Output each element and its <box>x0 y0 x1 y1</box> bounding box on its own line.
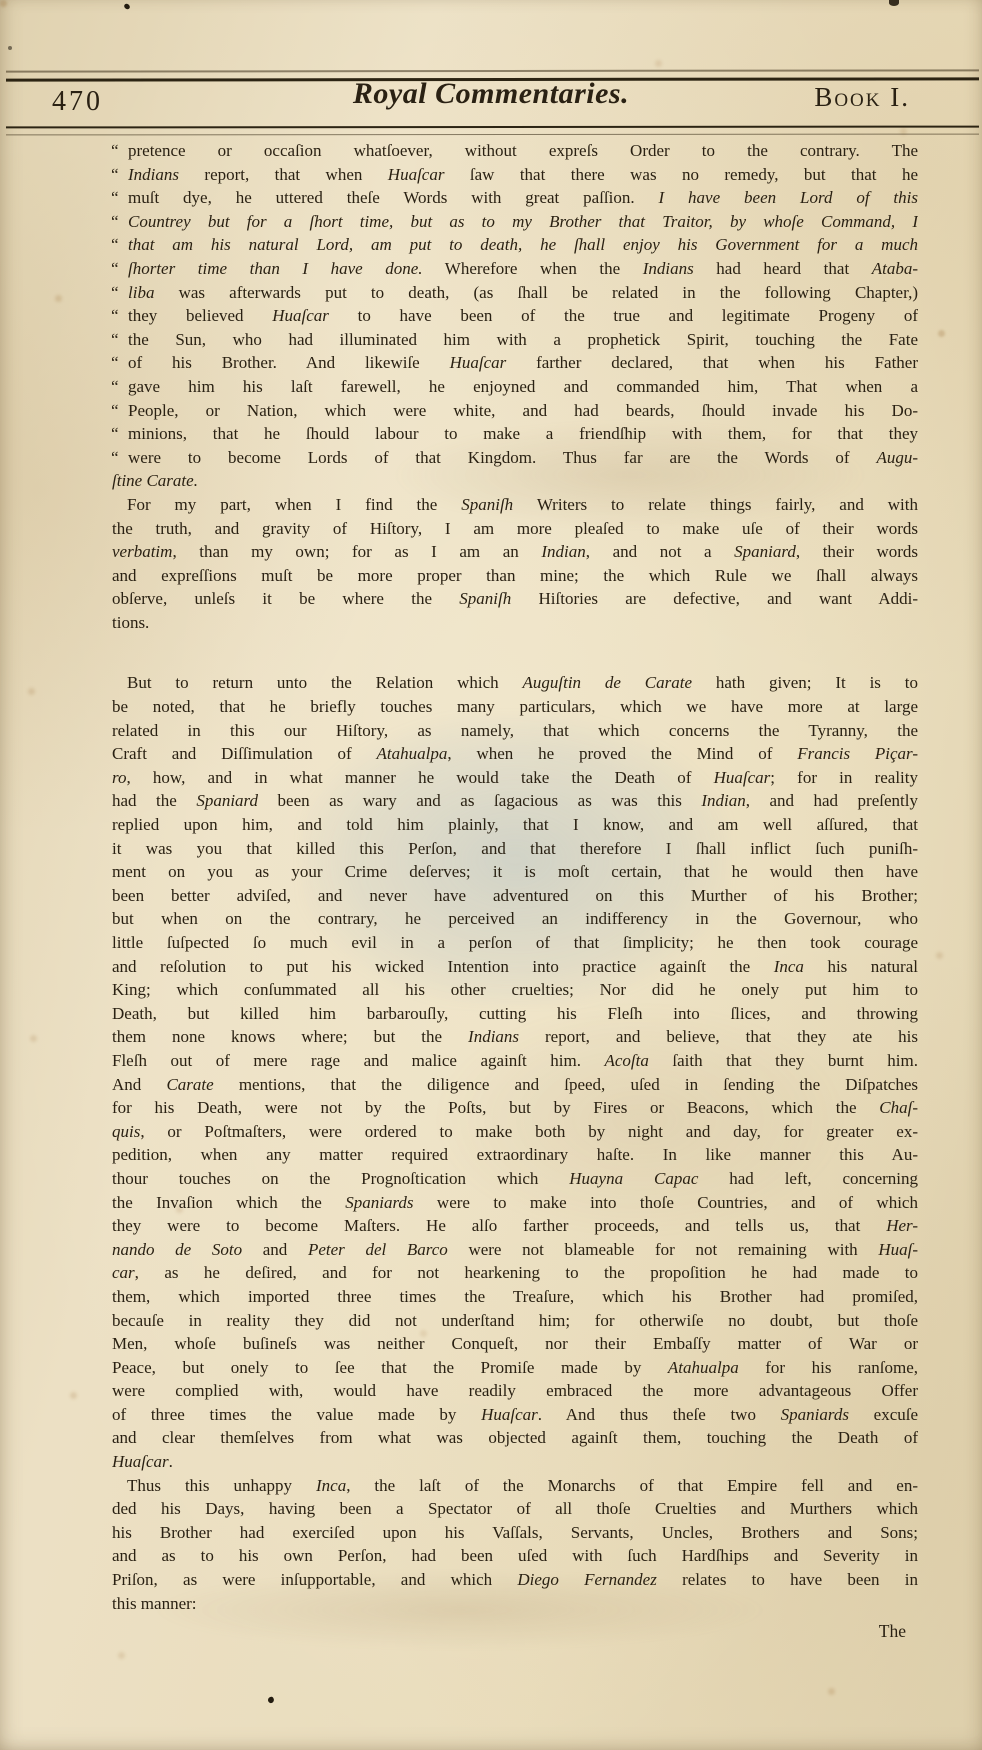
roman-text: of his Brother. And likewiſe <box>128 353 450 372</box>
text-line: obſerve, unleſs it be where the Spaniſh … <box>112 587 918 611</box>
roman-text: for his Death, were not by the Poſts, bu… <box>112 1098 879 1117</box>
text-line: And Carate mentions, that the diligence … <box>112 1073 918 1097</box>
quote-mark: “ <box>112 304 119 328</box>
roman-text: Wherefore when the <box>423 259 643 278</box>
roman-text: And <box>112 1075 166 1094</box>
text-line: be noted, that he briefly touches many p… <box>112 695 918 719</box>
roman-text: for his ranſome, <box>739 1358 918 1377</box>
text-line: ro, how, and in what manner he would tak… <box>112 766 918 790</box>
italic-text: Ataba- <box>872 259 918 278</box>
roman-text: hath given; It is to <box>692 673 918 692</box>
text-line: been better adviſed, and never have adve… <box>112 884 918 908</box>
roman-text: be noted, that he briefly touches many p… <box>112 697 918 716</box>
roman-text: Peace, but onely to ſee that the Promiſe… <box>112 1358 668 1377</box>
italic-text: Spaniard <box>734 542 796 561</box>
text-line: tions. <box>112 611 918 635</box>
roman-text: obſerve, unleſs it be where the <box>112 589 459 608</box>
roman-text: and clear themſelves from what was objec… <box>112 1428 918 1447</box>
quote-mark: “ <box>112 328 119 352</box>
roman-text: But to return unto the Relation which <box>127 673 522 692</box>
text-line: were complied with, would have readily e… <box>112 1379 918 1403</box>
roman-text: they were to become Maſters. He alſo far… <box>112 1216 886 1235</box>
italic-text: Inca <box>316 1476 346 1495</box>
roman-text: For my part, when I find the <box>127 495 461 514</box>
italic-text: verbatim <box>112 542 172 561</box>
roman-text: gave him his laſt farewell, he enjoyned … <box>128 377 918 396</box>
text-line: and as to his own Perſon, had been uſed … <box>112 1544 918 1568</box>
text-line: “the Sun, who had illuminated him with a… <box>112 328 918 352</box>
roman-text: of three times the value made by <box>112 1405 481 1424</box>
text-line: Thus this unhappy Inca, the laſt of the … <box>112 1474 918 1498</box>
text-line: Fleſh out of mere rage and malice againſ… <box>112 1049 918 1073</box>
italic-text: Huayna Capac <box>569 1169 698 1188</box>
text-line: pedition, when any matter required extra… <box>112 1143 918 1167</box>
italic-text: ſtine Carate. <box>112 471 198 490</box>
text-line: them, which imported three times the Tre… <box>112 1285 918 1309</box>
paragraph: But to return unto the Relation which Au… <box>112 671 918 1473</box>
italic-text: Huaſcar <box>481 1405 538 1424</box>
text-line: the truth, and gravity of Hiſtory, I am … <box>112 517 918 541</box>
italic-text: Inca <box>774 957 804 976</box>
italic-text: I have been Lord of this <box>659 188 918 207</box>
text-line: and reſolution to put his wicked Intenti… <box>112 955 918 979</box>
italic-text: Indians <box>468 1027 519 1046</box>
text-line: “gave him his laſt farewell, he enjoyned… <box>112 375 918 399</box>
text-line: nando de Soto and Peter del Barco were n… <box>112 1238 918 1262</box>
text-line: “were to become Lords of that Kingdom. T… <box>112 446 918 470</box>
text-line: had the Spaniard been as wary and as ſag… <box>112 789 918 813</box>
roman-text: becauſe in reality they did not underſta… <box>112 1311 918 1330</box>
text-line: the Invaſion which the Spaniards were to… <box>112 1191 918 1215</box>
italic-text: Chaſ- <box>879 1098 918 1117</box>
text-line: “ſhorter time than I have done. Wherefor… <box>112 257 918 281</box>
roman-text: Death, but killed him barbarouſly, cutti… <box>112 1004 918 1023</box>
roman-text: the Sun, who had illuminated him with a … <box>128 330 918 349</box>
roman-text: ſaith that they burnt him. <box>649 1051 918 1070</box>
italic-text: Indian <box>701 791 745 810</box>
quote-mark: “ <box>112 139 119 163</box>
roman-text: the Invaſion which the <box>112 1193 345 1212</box>
roman-text: , and had preſently <box>746 791 918 810</box>
roman-text: ſaw that there was no remedy, but that h… <box>444 165 918 184</box>
text-line: this manner: <box>112 1592 918 1616</box>
paragraph: Thus this unhappy Inca, the laſt of the … <box>112 1474 918 1616</box>
roman-text: Thus this unhappy <box>127 1476 316 1495</box>
roman-text: his natural <box>804 957 918 976</box>
quote-mark: “ <box>112 399 119 423</box>
text-line: “they believed Huaſcar to have been of t… <box>112 304 918 328</box>
italic-text: Huaſcar <box>714 768 771 787</box>
roman-text: replied upon him, and told him plainly, … <box>112 815 918 834</box>
text-line: “of his Brother. And likewiſe Huaſcar fa… <box>112 351 918 375</box>
roman-text: were to make into thoſe Countries, and o… <box>414 1193 918 1212</box>
italic-text: Auguſtin de Carate <box>522 673 692 692</box>
text-line: of three times the value made by Huaſcar… <box>112 1403 918 1427</box>
italic-text: Spaniard <box>196 791 258 810</box>
roman-text: them, which imported three times the Tre… <box>112 1287 918 1306</box>
roman-text: excuſe <box>849 1405 918 1424</box>
text-line: and expreſſions muſt be more proper than… <box>112 564 918 588</box>
roman-text: them none knows where; but the <box>112 1027 468 1046</box>
roman-text: pedition, when any matter required extra… <box>112 1145 918 1164</box>
text-line: Priſon, as were inſupportable, and which… <box>112 1568 918 1592</box>
roman-text: tions. <box>112 613 149 632</box>
paragraph: For my part, when I find the Spaniſh Wri… <box>112 493 918 635</box>
ink-speck <box>267 1696 275 1704</box>
italic-text: Acoſta <box>604 1051 648 1070</box>
foxing-spots <box>0 0 7 7</box>
roman-text: Priſon, as were inſupportable, and which <box>112 1570 517 1589</box>
quote-mark: “ <box>112 186 119 210</box>
roman-text: , as he deſired, and for not hearkening … <box>135 1263 918 1282</box>
italic-text: ſhorter time than I have done. <box>128 259 423 278</box>
roman-text: . And thus theſe two <box>538 1405 781 1424</box>
text-line: “muſt dye, he uttered theſe Words with g… <box>112 186 918 210</box>
quote-mark: “ <box>112 233 119 257</box>
text-line: King; which conſummated all his other cr… <box>112 978 918 1002</box>
roman-text: . <box>169 1452 173 1471</box>
roman-text: , their words <box>796 542 918 561</box>
text-line: “pretence or occaſion whatſoever, withou… <box>112 139 918 163</box>
text-line: his Brother had exerciſed upon his Vaſſa… <box>112 1521 918 1545</box>
italic-text: Huaſcar <box>112 1452 169 1471</box>
roman-text: had heard that <box>694 259 872 278</box>
roman-text: People, or Nation, which were white, and… <box>128 401 918 420</box>
roman-text: pretence or occaſion whatſoever, without… <box>128 141 918 160</box>
italic-text: Huaſcar <box>272 306 329 325</box>
text-line: and clear themſelves from what was objec… <box>112 1426 918 1450</box>
ink-speck <box>123 3 131 11</box>
italic-text: Augu- <box>876 448 918 467</box>
text-line: thour touches on the Prognoſtication whi… <box>112 1167 918 1191</box>
roman-text: report, and believe, that they ate his <box>519 1027 918 1046</box>
roman-text: been better adviſed, and never have adve… <box>112 886 918 905</box>
italic-text: Spaniſh <box>461 495 513 514</box>
text-line: “Countrey but for a ſhort time, but as t… <box>112 210 918 234</box>
italic-text: Indian <box>541 542 585 561</box>
quote-mark: “ <box>112 257 119 281</box>
italic-text: Atahualpa <box>377 744 448 763</box>
roman-text: King; which conſummated all his other cr… <box>112 980 918 999</box>
roman-text: and <box>242 1240 308 1259</box>
book-page: 470 Royal Commentaries. Book I. “pretenc… <box>0 0 982 1750</box>
text-line: replied upon him, and told him plainly, … <box>112 813 918 837</box>
text-line: Huaſcar. <box>112 1450 918 1474</box>
roman-text: , when he proved the Mind of <box>447 744 797 763</box>
italic-text: Her- <box>886 1216 918 1235</box>
quote-mark: “ <box>112 281 119 305</box>
italic-text: Countrey but for a ſhort time, but as to… <box>128 212 918 231</box>
quote-mark: “ <box>112 446 119 470</box>
roman-text: relates to have been in <box>657 1570 918 1589</box>
roman-text: , how, and in what manner he would take … <box>127 768 714 787</box>
text-line: Death, but killed him barbarouſly, cutti… <box>112 1002 918 1026</box>
book-label: Book I. <box>814 82 910 113</box>
text-line: Craft and Diſſimulation of Atahualpa, wh… <box>112 742 918 766</box>
text-line: “that am his natural Lord, am put to dea… <box>112 233 918 257</box>
ink-speck <box>889 0 899 6</box>
roman-text: had the <box>112 791 196 810</box>
roman-text: been as wary and as ſagacious as was thi… <box>258 791 701 810</box>
text-line: verbatim, than my own; for as I am an In… <box>112 540 918 564</box>
roman-text: little ſuſpected ſo much evil in a perſo… <box>112 933 918 952</box>
italic-text: Atahualpa <box>668 1358 739 1377</box>
roman-text: , the laſt of the Monarchs of that Empir… <box>346 1476 918 1495</box>
text-line: “People, or Nation, which were white, an… <box>112 399 918 423</box>
paragraph: “pretence or occaſion whatſoever, withou… <box>112 139 918 493</box>
italic-text: Carate <box>166 1075 213 1094</box>
roman-text: Craft and Diſſimulation of <box>112 744 377 763</box>
roman-text: and reſolution to put his wicked Intenti… <box>112 957 774 976</box>
italic-text: liba <box>128 283 154 302</box>
text-line: ſtine Carate. <box>112 469 918 493</box>
text-line: Men, whoſe buſineſs was neither Conqueſt… <box>112 1332 918 1356</box>
italic-text: Spaniards <box>781 1405 849 1424</box>
roman-text: ; for in reality <box>770 768 918 787</box>
text-line: “Indians report, that when Huaſcar ſaw t… <box>112 163 918 187</box>
text-block: “pretence or occaſion whatſoever, withou… <box>112 139 918 1615</box>
roman-text: , than my own; for as I am an <box>172 542 541 561</box>
text-line: Peace, but onely to ſee that the Promiſe… <box>112 1356 918 1380</box>
italic-text: quis <box>112 1122 140 1141</box>
text-line: “liba was afterwards put to death, (as ſ… <box>112 281 918 305</box>
italic-text: Diego Fernandez <box>517 1570 656 1589</box>
italic-text: Francis Piçar- <box>797 744 918 763</box>
italic-text: nando de Soto <box>112 1240 242 1259</box>
italic-text: car <box>112 1263 135 1282</box>
roman-text: were complied with, would have readily e… <box>112 1381 918 1400</box>
roman-text: muſt dye, he uttered theſe Words with gr… <box>128 188 659 207</box>
roman-text: the truth, and gravity of Hiſtory, I am … <box>112 519 918 538</box>
roman-text: this manner: <box>112 1594 197 1613</box>
roman-text: Fleſh out of mere rage and malice againſ… <box>112 1051 604 1070</box>
roman-text: Hiſtories are defective, and want Addi- <box>511 589 918 608</box>
quote-mark: “ <box>112 351 119 375</box>
roman-text: was afterwards put to death, (as ſhall b… <box>154 283 918 302</box>
roman-text: , or Poſtmaſters, were ordered to make b… <box>140 1122 918 1141</box>
text-line: they were to become Maſters. He alſo far… <box>112 1214 918 1238</box>
roman-text: and expreſſions muſt be more proper than… <box>112 566 918 585</box>
roman-text: , and not a <box>586 542 734 561</box>
quote-mark: “ <box>112 375 119 399</box>
roman-text: had left, concerning <box>698 1169 918 1188</box>
roman-text: and as to his own Perſon, had been uſed … <box>112 1546 918 1565</box>
text-line: For my part, when I find the Spaniſh Wri… <box>112 493 918 517</box>
text-line: them none knows where; but the Indians r… <box>112 1025 918 1049</box>
roman-text: were not blameable for not remaining wit… <box>448 1240 879 1259</box>
roman-text: they believed <box>128 306 272 325</box>
italic-text: Indians <box>128 165 179 184</box>
text-line: quis, or Poſtmaſters, were ordered to ma… <box>112 1120 918 1144</box>
roman-text: it was you that killed this Perſon, and … <box>112 839 918 858</box>
italic-text: Huaſ- <box>878 1240 918 1259</box>
roman-text: minions, that he ſhould labour to make a… <box>128 424 918 443</box>
italic-text: Huaſcar <box>388 165 445 184</box>
roman-text: to have been of the true and legitimate … <box>329 306 918 325</box>
roman-text: ded his Days, having been a Spectator of… <box>112 1499 918 1518</box>
roman-text: mentions, that the diligence and ſpeed, … <box>214 1075 918 1094</box>
text-line: it was you that killed this Perſon, and … <box>112 837 918 861</box>
quote-mark: “ <box>112 210 119 234</box>
roman-text: were to become Lords of that Kingdom. Th… <box>128 448 876 467</box>
italic-text: Spaniards <box>345 1193 413 1212</box>
roman-text: related in this our Hiſtory, as namely, … <box>112 721 918 740</box>
roman-text: report, that when <box>179 165 388 184</box>
quote-mark: “ <box>112 163 119 187</box>
italic-text: Spaniſh <box>459 589 511 608</box>
text-line: little ſuſpected ſo much evil in a perſo… <box>112 931 918 955</box>
roman-text: Writers to relate things fairly, and wit… <box>513 495 918 514</box>
italic-text: Indians <box>643 259 694 278</box>
roman-text: Men, whoſe buſineſs was neither Conqueſt… <box>112 1334 918 1353</box>
italic-text: that am his natural Lord, am put to deat… <box>128 235 918 254</box>
italic-text: Peter del Barco <box>308 1240 448 1259</box>
text-line: But to return unto the Relation which Au… <box>112 671 918 695</box>
quote-mark: “ <box>112 422 119 446</box>
catchword: The <box>879 1621 906 1642</box>
italic-text: Huaſcar <box>450 353 507 372</box>
roman-text: his Brother had exerciſed upon his Vaſſa… <box>112 1523 918 1542</box>
italic-text: ro <box>112 768 127 787</box>
roman-text: farther declared, that when his Father <box>506 353 918 372</box>
header-rule-bottom <box>6 126 979 136</box>
roman-text: but when on the contrary, he perceived a… <box>112 909 918 928</box>
roman-text: ment on you as your Crime deſerves; it i… <box>112 862 918 881</box>
text-line: for his Death, were not by the Poſts, bu… <box>112 1096 918 1120</box>
text-line: ded his Days, having been a Spectator of… <box>112 1497 918 1521</box>
text-line: related in this our Hiſtory, as namely, … <box>112 719 918 743</box>
roman-text: thour touches on the Prognoſtication whi… <box>112 1169 569 1188</box>
text-line: but when on the contrary, he perceived a… <box>112 907 918 931</box>
text-line: “minions, that he ſhould labour to make … <box>112 422 918 446</box>
ink-speck <box>8 46 12 50</box>
text-line: ment on you as your Crime deſerves; it i… <box>112 860 918 884</box>
text-line: becauſe in reality they did not underſta… <box>112 1309 918 1333</box>
text-line: car, as he deſired, and for not hearkeni… <box>112 1261 918 1285</box>
